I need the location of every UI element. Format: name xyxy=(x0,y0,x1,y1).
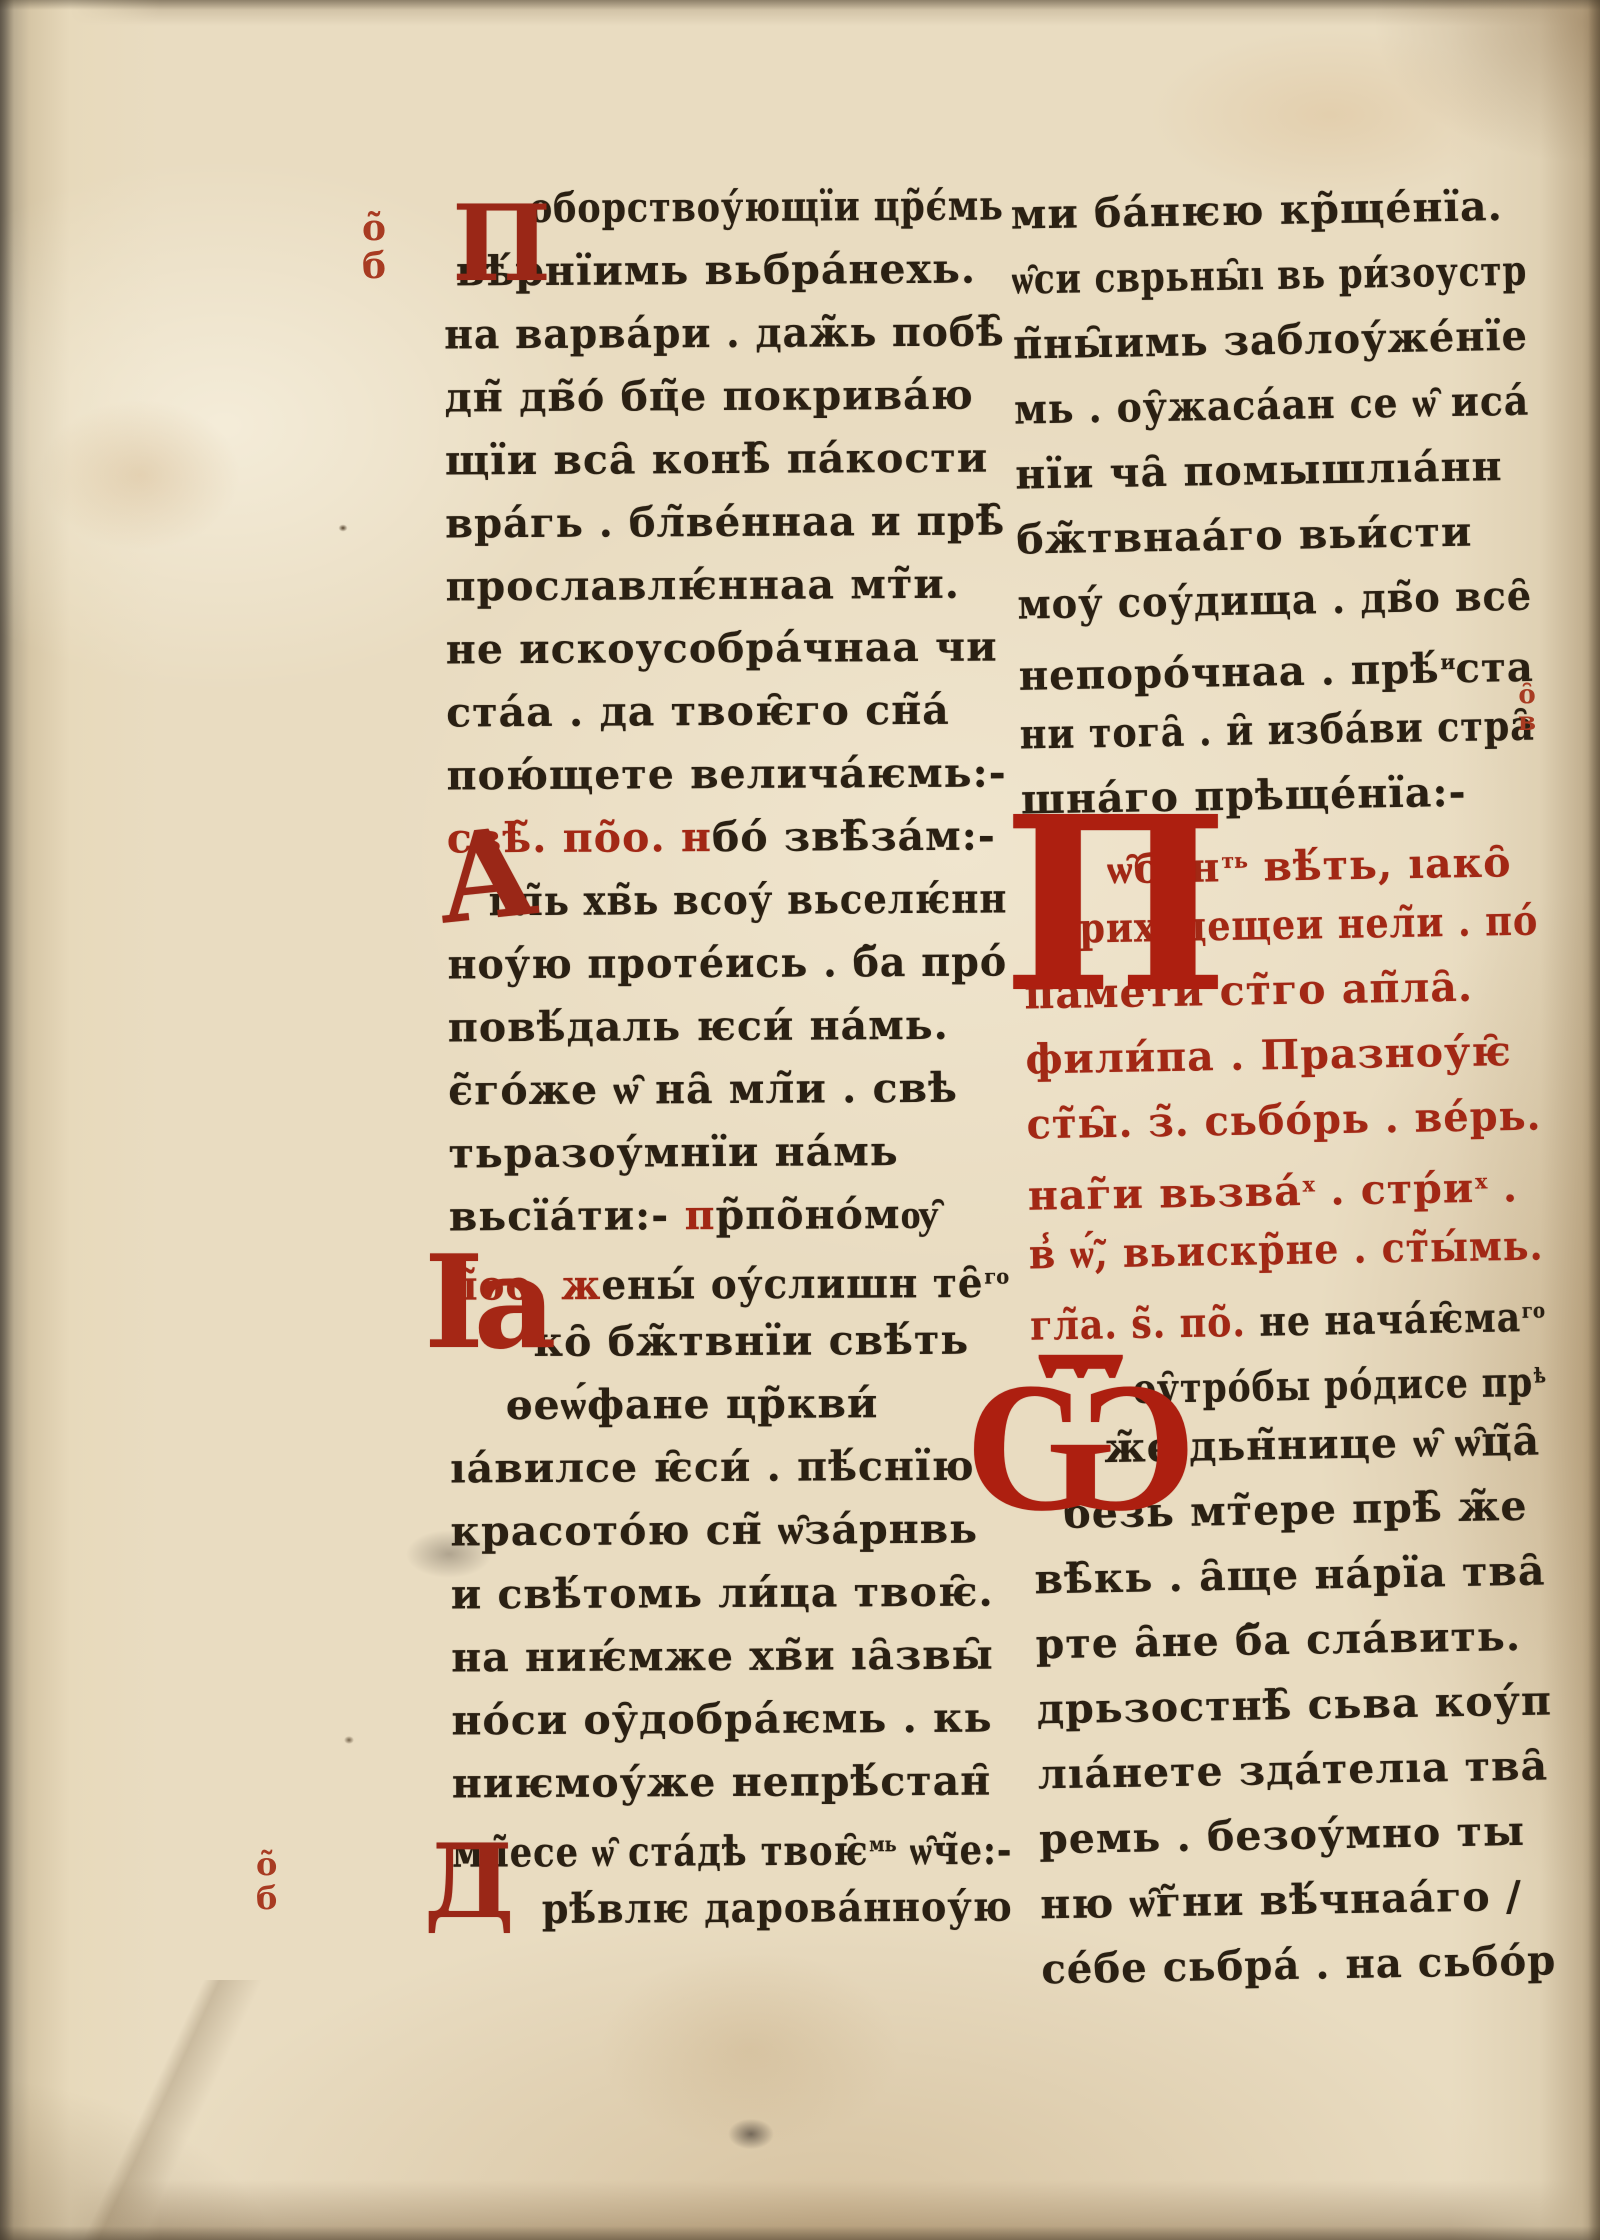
text-segment: . стр́и xyxy=(1315,1164,1475,1215)
text-line: повѣ́даль ѥси́ на́мь. xyxy=(448,994,1008,1060)
text-segment: пою́щете велича́ѥмь:- xyxy=(446,749,1006,800)
text-segment: щїи вса̑ конѣ̑ па́кости xyxy=(445,434,989,485)
text-line: не искоусобра́чнаа чи xyxy=(446,616,1006,682)
text-segment: ко̑ бж̃твнїи свѣ́ть xyxy=(533,1316,969,1366)
text-segment: ноу́ю проте́ись . б̃а про́ xyxy=(447,938,1007,989)
text-segment: но́си оу̑добра́ѥмь . кь xyxy=(451,1694,992,1745)
superscript-letter: и xyxy=(1440,650,1455,674)
text-segment: ми ба́нѥю кр̃ще́нїа. xyxy=(1010,182,1503,239)
text-column-left: оборствоу́ющїи цр̃є́мьвѣ́рнїимь вьбра́не… xyxy=(443,175,1012,1942)
text-segment: бж̃твнаа́го вьи́сти xyxy=(1016,508,1473,564)
text-line: на ниѥ́мже хв̃и ıа̑звы̑ xyxy=(451,1624,1011,1690)
stain xyxy=(344,1736,354,1744)
text-segment: ѡ̑ч̃е:- xyxy=(897,1826,1013,1875)
text-line: прославлѥ́ннаа мт̃и. xyxy=(445,553,1005,619)
text-segment: рѣ́влѥ дарова́нноу́ю xyxy=(542,1883,1013,1933)
text-segment: ѳеѡ́фане цр̃кви́ xyxy=(506,1379,879,1429)
quire-mark-left-top: о̃б xyxy=(362,210,386,286)
initial-ia-left: Іа xyxy=(424,1239,546,1367)
text-line: рѣ́влѥ дарова́нноу́ю xyxy=(452,1876,973,1942)
text-segment: вѣ̑кь . а̑ще на́рїа тва̑ xyxy=(1034,1547,1546,1604)
text-line: рте а̑не б̃а сла́вить. xyxy=(1035,1603,1551,1677)
text-line: дрьзостнѣ̑ сьва коу́п xyxy=(1036,1668,1552,1742)
stain xyxy=(40,400,240,550)
superscript-letter: мь xyxy=(869,1832,897,1856)
text-segment: рте а̑не б̃а сла́вить. xyxy=(1035,1612,1521,1668)
text-line: ни тога̑ . и̑ изба́ви стра̑ xyxy=(1019,695,1478,768)
text-line: моу́ соу́дища . дв̃о все̑ xyxy=(1017,564,1499,637)
text-segment: ста́а . да твоѥ̑го сн̃а́ xyxy=(446,686,950,737)
text-segment: пл̃ь хв̃ь всоу́ вьселѥ́нн xyxy=(489,875,1008,926)
initial-az-left: А xyxy=(431,809,543,941)
text-line: ремь . безоу́мно ты xyxy=(1039,1798,1555,1872)
text-segment: ремь . безоу́мно ты xyxy=(1039,1807,1526,1863)
text-line: ѳеѡ́фане цр̃кви́ xyxy=(450,1372,1010,1438)
text-line: красото́ю сн̃ ѡ̑за́рнвь xyxy=(450,1498,1010,1564)
superscript-letter: х xyxy=(1302,1172,1315,1196)
text-segment: є̃го́же ѡ̑ на̑ мл̃и . свѣ xyxy=(448,1064,958,1115)
text-line: непоро́чнаа . прѣ́иста xyxy=(1018,629,1524,703)
text-segment: и свѣ́томь ли́ца твоѥ̑. xyxy=(451,1568,994,1619)
text-line: мл̃есе ѡ̑ ста́дѣ твоѥ̑мь ѡ̑ч̃е:- xyxy=(452,1813,936,1879)
text-line: ми ба́нѥю кр̃ще́нїа. xyxy=(1010,174,1526,248)
text-line: ста́а . да твоѥ̑го сн̃а́ xyxy=(446,679,1006,745)
text-segment: в̾ ѡ̃́, вьискр̃не . ст̃ы́мь. xyxy=(1028,1221,1544,1278)
quire-mark-right: о̑в xyxy=(1518,682,1536,737)
text-line: на варва́ри . даж̃ь побѣ̑ xyxy=(444,301,981,367)
text-line: се́бе сьбра́ . на сьбо́р xyxy=(1041,1929,1547,2003)
text-segment: нїи ча̑ помышлıа́нн xyxy=(1015,442,1503,498)
text-segment: моу́ соу́дища . дв̃о все̑ xyxy=(1017,572,1532,629)
text-segment: на ниѥ́мже хв̃и ıа̑звы̑ xyxy=(451,1631,994,1682)
page-crease xyxy=(0,1980,380,2240)
stain xyxy=(600,1950,900,2150)
superscript-letter: го xyxy=(1522,1298,1546,1322)
text-segment: непоро́чнаа . прѣ́ xyxy=(1018,645,1440,700)
initial-pe-left: П xyxy=(452,191,551,296)
text-segment: ниѥмоу́же непрѣ́стан̑ xyxy=(452,1757,992,1808)
text-segment: дрьзостнѣ̑ сьва коу́п xyxy=(1036,1676,1552,1733)
text-segment: мь . оу̑жаса́ан се ѡ̑ иса́ xyxy=(1014,377,1530,434)
superscript-letter: го xyxy=(984,1265,1009,1289)
text-line: бж̃твнаа́го вьи́сти xyxy=(1016,499,1532,573)
text-segment: не нача́ѥ̑ма xyxy=(1259,1293,1521,1346)
text-segment: ни тога̑ . и̑ изба́ви стра̑ xyxy=(1019,702,1535,759)
text-line: п̃ны̑имь заблоу́же́нїе xyxy=(1012,304,1514,378)
text-line: и свѣ́томь ли́ца твоѥ̑. xyxy=(451,1561,1011,1627)
initial-pe-right: П xyxy=(1002,785,1229,1025)
text-segment: бо́ звѣ̑за́м:- xyxy=(712,812,996,861)
text-segment: оборствоу́ющїи цр̃є́мь xyxy=(529,182,1004,232)
text-line: наг̃и вьзва́х . стр́их . xyxy=(1027,1148,1543,1222)
superscript-letter: ѣ xyxy=(1534,1363,1547,1387)
text-segment: . xyxy=(1487,1163,1518,1212)
quire-mark-left-bottom: о̃б xyxy=(256,1848,277,1915)
text-segment: прославлѥ́ннаа мт̃и. xyxy=(445,560,960,611)
superscript-letter: х xyxy=(1475,1169,1488,1193)
text-segment: р̃по̃но́мѹ̑ xyxy=(715,1190,939,1239)
text-line: ню ѡ̑г̃ни вѣ́чнаа́го / xyxy=(1040,1863,1556,1937)
text-line: тьразоу́мнїи на́мь xyxy=(448,1120,1008,1186)
text-column-right: ми ба́нѥю кр̃ще́нїа.ѡ̑си сврьны̑ı вь ри́… xyxy=(1010,174,1557,2003)
manuscript-photo: оборствоу́ющїи цр̃є́мьвѣ́рнїимь вьбра́не… xyxy=(0,0,1600,2240)
text-segment: не искоусобра́чнаа чи xyxy=(446,623,998,674)
text-segment: на варва́ри . даж̃ь побѣ̑ xyxy=(444,308,1005,359)
text-segment: ıа́вилсе ѥ̑си́ . пѣ́снїю xyxy=(450,1442,975,1493)
text-line: дн̃ дв̃о́ бц̃е покрива́ю xyxy=(444,364,1004,430)
text-segment: тьразоу́мнїи на́мь xyxy=(448,1127,898,1177)
text-segment: красото́ю сн̃ ѡ̑за́рнвь xyxy=(450,1505,978,1556)
quire-mark-letter: в xyxy=(1518,709,1536,736)
text-segment: се́бе сьбра́ . на сьбо́р xyxy=(1041,1936,1557,1993)
text-line: нїи ча̑ помышлıа́нн xyxy=(1015,434,1531,508)
text-segment: п xyxy=(684,1191,715,1239)
quire-mark-letter: о̑ xyxy=(1518,682,1536,709)
text-line: мь . оу̑жаса́ан се ѡ̑ иса́ xyxy=(1014,369,1490,442)
text-line: в̾ ѡ̃́, вьискр̃не . ст̃ы́мь. xyxy=(1028,1214,1505,1287)
quire-mark-letter: б xyxy=(256,1882,277,1916)
text-line: ıа́вилсе ѥ̑си́ . пѣ́снїю xyxy=(450,1435,1010,1501)
text-segment: ст̃ы̑. з̃. сьбо́рь . ве́рь. xyxy=(1026,1092,1542,1149)
quire-mark-letter: о̃ xyxy=(256,1848,277,1882)
text-line: пою́щете велича́ѥмь:- xyxy=(446,742,1006,808)
quire-mark-letter: о̃ xyxy=(362,210,386,248)
text-segment: ѡ̑си сврьны̑ı вь ри́зоустр xyxy=(1011,247,1527,304)
text-segment: п̃ны̑имь заблоу́же́нїе xyxy=(1013,312,1529,369)
stain xyxy=(724,2116,778,2152)
text-segment: ню ѡ̑г̃ни вѣ́чнаа́го / xyxy=(1040,1872,1522,1928)
text-segment: вѣ́ть, ıако̑ xyxy=(1248,838,1512,891)
text-segment: лıа́нете зда́телıа тва̑ xyxy=(1038,1741,1549,1798)
text-segment: наг̃и вьзва́ xyxy=(1027,1167,1302,1220)
text-line: ѡ̑си сврьны̑ı вь ри́зоустр xyxy=(1011,240,1442,312)
text-line: ст̃ы̑. з̃. сьбо́рь . ве́рь. xyxy=(1026,1084,1528,1158)
text-line: є̃го́же ѡ̑ на̑ мл̃и . свѣ xyxy=(448,1057,1008,1123)
text-segment: вра́гь . бл̃ве́ннаа и прѣ̑ xyxy=(445,497,1005,548)
quire-mark-letter: б xyxy=(362,248,386,286)
text-line: щїи вса̑ конѣ̑ па́кости xyxy=(445,427,1005,493)
text-segment: дн̃ дв̃о́ бц̃е покрива́ю xyxy=(444,371,973,422)
parchment-page: оборствоу́ющїи цр̃є́мьвѣ́рнїимь вьбра́не… xyxy=(0,0,1600,2240)
initial-ot-right: Ѿ xyxy=(965,1352,1196,1537)
text-segment: повѣ́даль ѥси́ на́мь. xyxy=(448,1001,949,1052)
initial-de-left: Д xyxy=(424,1831,515,1933)
text-line: но́си оу̑добра́ѥмь . кь xyxy=(451,1687,1011,1753)
text-line: вра́гь . бл̃ве́ннаа и прѣ̑ xyxy=(445,490,994,556)
text-segment: ены́ оу́слишн те̑ xyxy=(601,1259,983,1309)
stain xyxy=(338,524,348,532)
text-line: ниѥмоу́же непрѣ́стан̑ xyxy=(452,1750,1012,1816)
text-line: лıа́нете зда́телıа тва̑ xyxy=(1037,1733,1553,1807)
